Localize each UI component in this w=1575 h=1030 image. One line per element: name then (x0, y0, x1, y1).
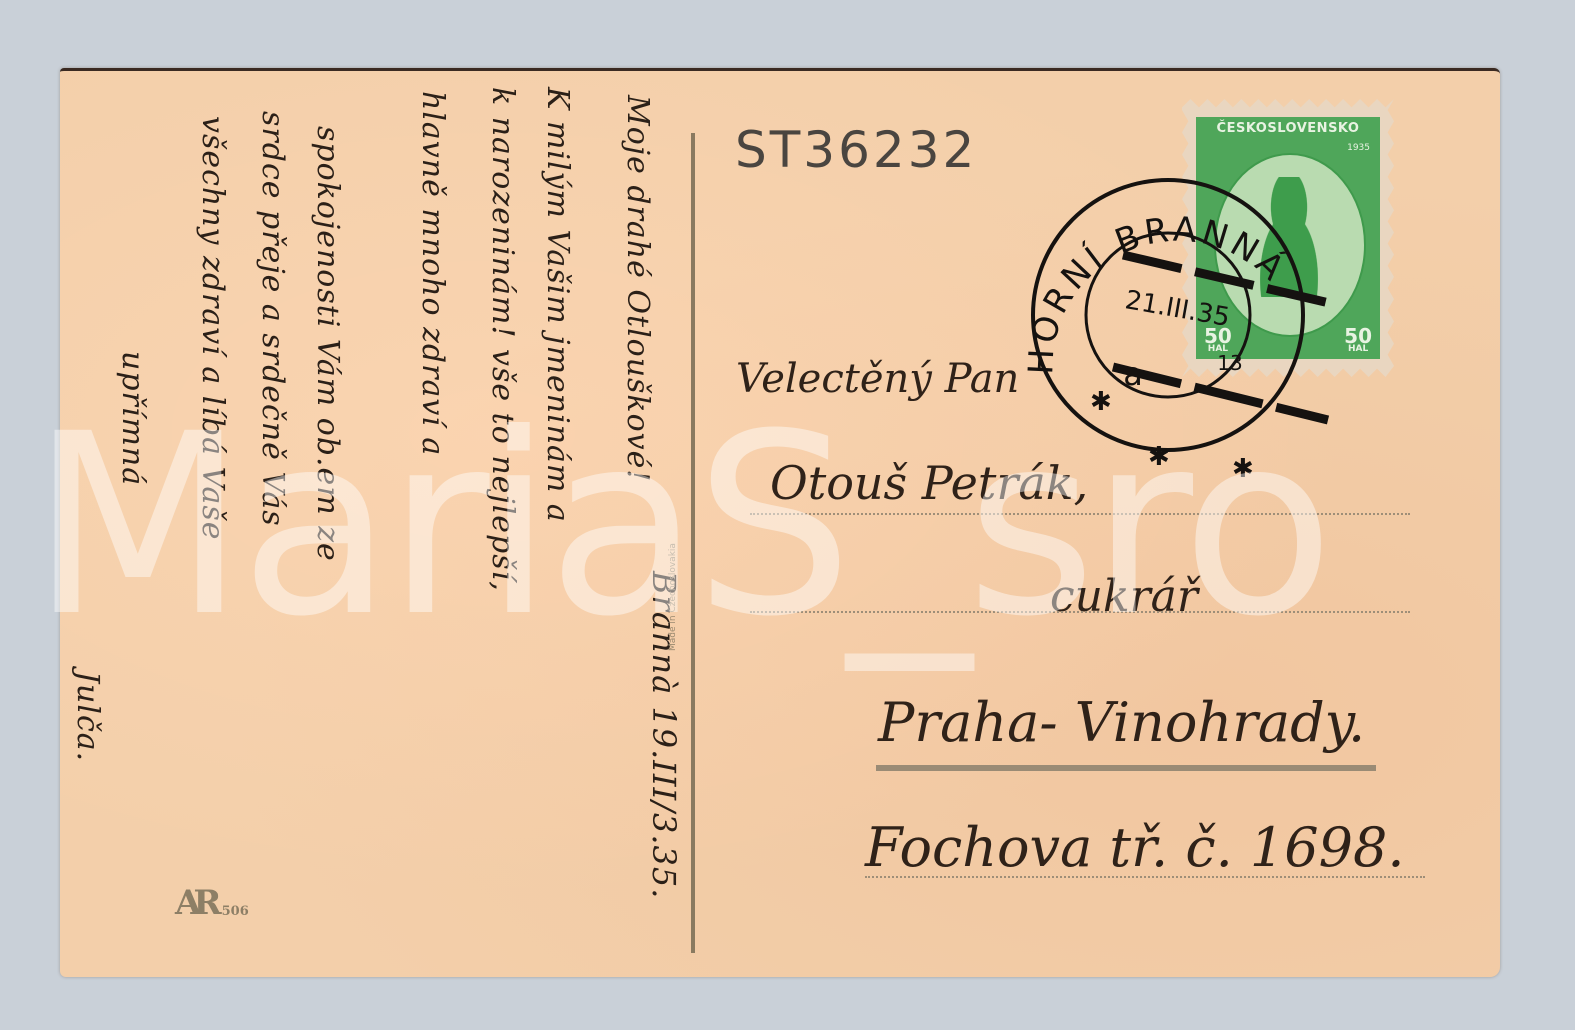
address-street: Fochova tř. č. 1698. (865, 816, 1405, 879)
made-in-label: Made in Czechoslovakia (668, 543, 678, 651)
address-recipient: Otouš Petrák, (770, 456, 1088, 510)
center-divider (691, 133, 695, 953)
message-greeting: Moje drahé Otlouškové! (620, 95, 655, 482)
publisher-number: 506 (222, 904, 249, 923)
stamp-value-left: 50HAL (1204, 327, 1232, 353)
postmark-star-icon: ✱ (1090, 387, 1112, 417)
stamp-portrait-icon (1244, 177, 1334, 297)
message-line: hlavně mnoho zdraví a (415, 91, 450, 456)
postmark-star-icon: ✱ (1148, 442, 1170, 472)
stamp-year: 1935 (1347, 143, 1370, 153)
address-rule (865, 876, 1425, 878)
postmark-star-icon: ✱ (1232, 454, 1254, 484)
stamp-value-right: 50HAL (1344, 327, 1372, 353)
address-rule (750, 611, 1410, 613)
stamp-country: ČESKOSLOVENSKO (1196, 121, 1380, 136)
message-line: spokojenosti Vám ob.em ze (310, 126, 345, 562)
address-rule (750, 513, 1410, 515)
message-line: K milým Vašim jmeninám a (540, 87, 575, 523)
address-salutation: Velectěný Pan (736, 356, 1019, 402)
reference-code: ST36232 (735, 121, 977, 179)
postage-stamp: ČESKOSLOVENSKO 1935 50HAL 50HAL (1182, 99, 1394, 377)
message-line: srdce přeje a srdečně Vás (255, 111, 290, 527)
address-occupation: cukrář (1050, 571, 1198, 622)
message-line: k narozeninám! vše to nejlepší, (485, 87, 520, 592)
publisher-mark: AR 506 (175, 883, 249, 923)
message-line: všechny zdraví a líbá Vaše (195, 116, 230, 541)
message-line: upřímná (115, 351, 150, 486)
address-city: Praha- Vinohrady. (878, 691, 1365, 754)
message-signature: Julča. (70, 671, 105, 762)
address-city-underline (876, 765, 1376, 771)
postmark-letter: a (1123, 355, 1143, 393)
publisher-logo: AR (175, 883, 214, 923)
postcard-reverse: Moje drahé Otlouškové! Brannà 19.III/3.3… (60, 68, 1500, 977)
